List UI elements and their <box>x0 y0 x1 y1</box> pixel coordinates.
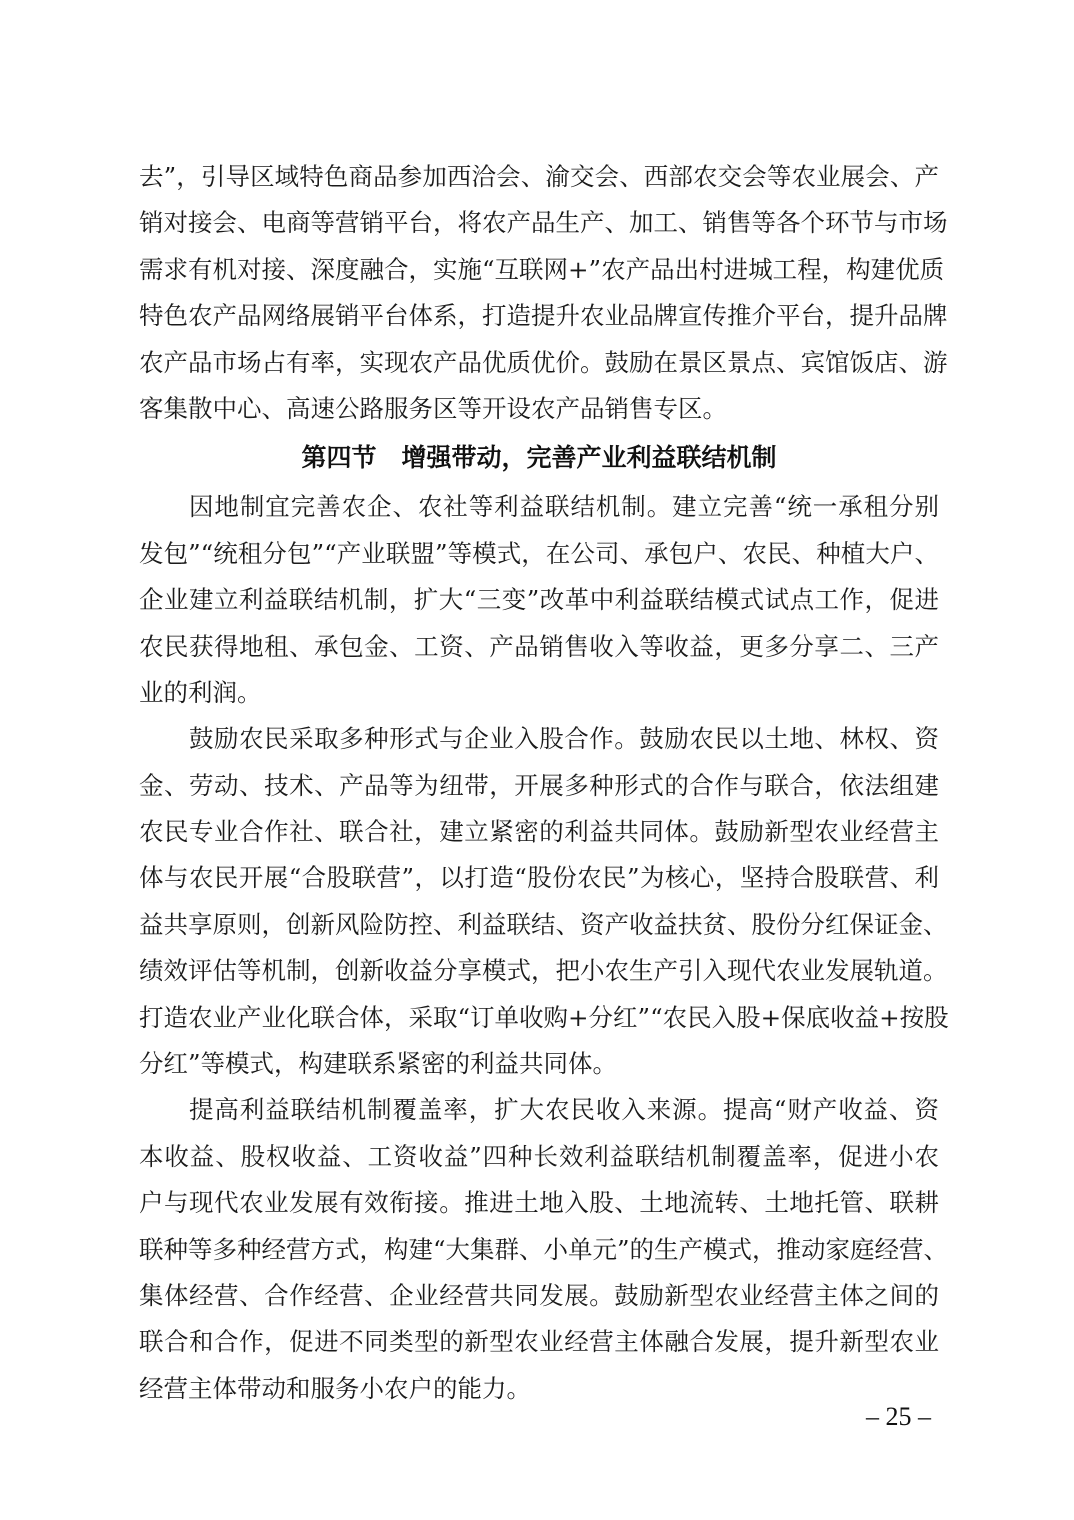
text-line: 打造农业产业化联合体，采取“订单收购+分红”“农民入股+保底收益+按股 <box>139 995 939 1041</box>
text-line: 去”，引导区域特色商品参加西洽会、渝交会、西部农交会等农业展会、产 <box>139 154 939 200</box>
text-line: 销对接会、电商等营销平台，将农产品生产、加工、销售等各个环节与市场 <box>139 200 939 246</box>
text-line: 经营主体带动和服务小农户的能力。 <box>139 1366 939 1412</box>
text-line: 业的利润。 <box>139 670 939 716</box>
text-line: 金、劳动、技术、产品等为纽带，开展多种形式的合作与联合，依法组建 <box>139 763 939 809</box>
text-line: 集体经营、合作经营、企业经营共同发展。鼓励新型农业经营主体之间的 <box>139 1273 939 1319</box>
text-line: 联种等多种经营方式，构建“大集群、小单元”的生产模式，推动家庭经营、 <box>139 1227 939 1273</box>
text-line: 提高利益联结机制覆盖率，扩大农民收入来源。提高“财产收益、资 <box>139 1087 939 1133</box>
paragraph-3: 提高利益联结机制覆盖率，扩大农民收入来源。提高“财产收益、资 本收益、股权收益、… <box>139 1087 939 1412</box>
text-line: 客集散中心、高速公路服务区等开设农产品销售专区。 <box>139 386 939 432</box>
paragraph-2: 鼓励农民采取多种形式与企业入股合作。鼓励农民以土地、林权、资 金、劳动、技术、产… <box>139 716 939 1087</box>
page-number: – 25 – <box>866 1402 931 1432</box>
text-line: 特色农产品网络展销平台体系，打造提升农业品牌宣传推介平台，提升品牌 <box>139 293 939 339</box>
text-line: 农民专业合作社、联合社，建立紧密的利益共同体。鼓励新型农业经营主 <box>139 809 939 855</box>
text-line: 户与现代农业发展有效衔接。推进土地入股、土地流转、土地托管、联耕 <box>139 1180 939 1226</box>
section-heading: 第四节 增强带动，完善产业利益联结机制 <box>139 432 939 484</box>
text-line: 绩效评估等机制，创新收益分享模式，把小农生产引入现代农业发展轨道。 <box>139 948 939 994</box>
text-line: 企业建立利益联结机制，扩大“三变”改革中利益联结模式试点工作，促进 <box>139 577 939 623</box>
text-line: 联合和合作，促进不同类型的新型农业经营主体融合发展，提升新型农业 <box>139 1319 939 1365</box>
paragraph-continued: 去”，引导区域特色商品参加西洽会、渝交会、西部农交会等农业展会、产 销对接会、电… <box>139 154 939 432</box>
text-line: 鼓励农民采取多种形式与企业入股合作。鼓励农民以土地、林权、资 <box>139 716 939 762</box>
text-line: 体与农民开展“合股联营”，以打造“股份农民”为核心，坚持合股联营、利 <box>139 855 939 901</box>
text-line: 益共享原则，创新风险防控、利益联结、资产收益扶贫、股份分红保证金、 <box>139 902 939 948</box>
document-page: 去”，引导区域特色商品参加西洽会、渝交会、西部农交会等农业展会、产 销对接会、电… <box>0 0 1074 1520</box>
text-line: 因地制宜完善农企、农社等利益联结机制。建立完善“统一承租分别 <box>139 484 939 530</box>
text-line: 分红”等模式，构建联系紧密的利益共同体。 <box>139 1041 939 1087</box>
text-line: 发包”“统租分包”“产业联盟”等模式，在公司、承包户、农民、种植大户、 <box>139 531 939 577</box>
text-line: 农产品市场占有率，实现农产品优质优价。鼓励在景区景点、宾馆饭店、游 <box>139 340 939 386</box>
text-line: 农民获得地租、承包金、工资、产品销售收入等收益，更多分享二、三产 <box>139 624 939 670</box>
page-body: 去”，引导区域特色商品参加西洽会、渝交会、西部农交会等农业展会、产 销对接会、电… <box>139 154 939 1412</box>
text-line: 需求有机对接、深度融合，实施“互联网+”农产品出村进城工程，构建优质 <box>139 247 939 293</box>
paragraph-1: 因地制宜完善农企、农社等利益联结机制。建立完善“统一承租分别 发包”“统租分包”… <box>139 484 939 716</box>
text-line: 本收益、股权收益、工资收益”四种长效利益联结机制覆盖率，促进小农 <box>139 1134 939 1180</box>
